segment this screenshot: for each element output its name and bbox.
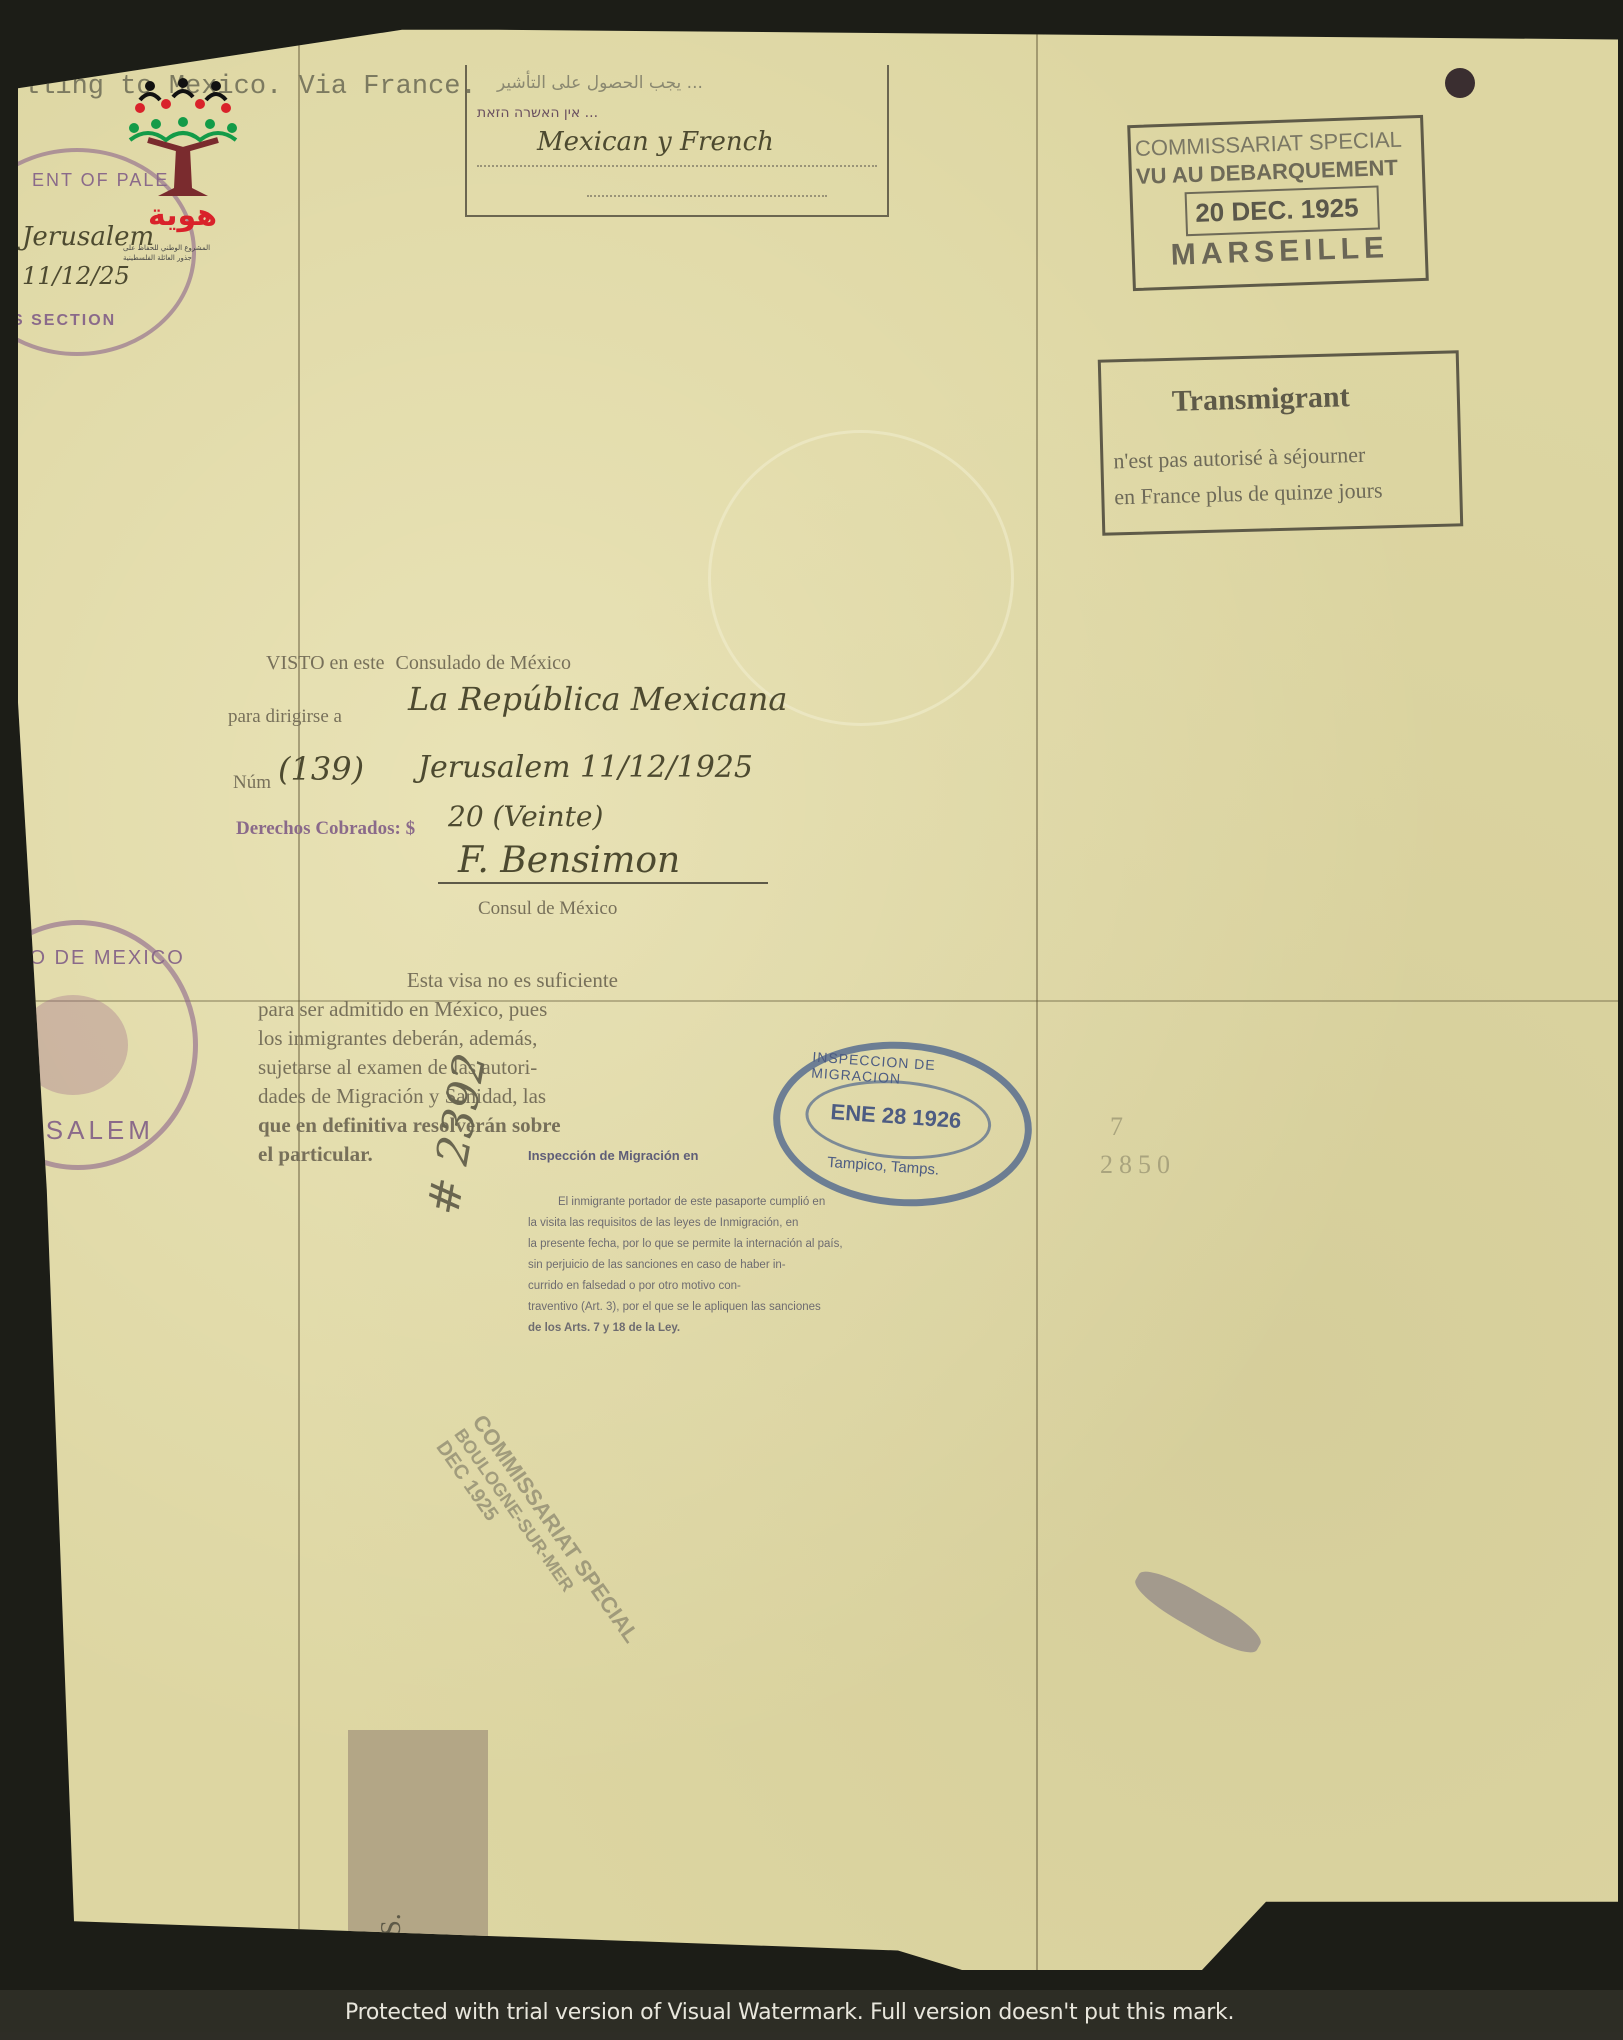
- ink-blot: [1445, 68, 1475, 98]
- visa-line1: VISTO en este Consulado de México: [266, 652, 571, 675]
- transmigrant-stamp: Transmigrant n'est pas autorisé à séjour…: [1098, 350, 1463, 535]
- pencil-number: 2850: [1100, 1150, 1176, 1180]
- inspection-body: El inmigrante portador de este pasaporte…: [528, 1192, 968, 1339]
- family-tree-icon: [128, 78, 238, 198]
- mexican-eagle-emblem: [18, 995, 128, 1095]
- migration-inspection-stamp: INSPECCION DE MIGRACION ENE 28 1926 Tamp…: [768, 1033, 1038, 1215]
- visa-fee: 20 (Veinte): [448, 800, 603, 833]
- ink-smudge: [1129, 1562, 1267, 1661]
- visa-destination: La República Mexicana: [408, 680, 787, 718]
- hawiya-logo: هوية المشروع الوطني للحفاظ على جذور العا…: [128, 78, 238, 278]
- inspection-heading: Inspección de Migración en: [528, 1148, 698, 1163]
- consulate-seal: DO DE MEXICO USALEM: [0, 920, 198, 1170]
- watermark-banner: Protected with trial version of Visual W…: [0, 1990, 1623, 2040]
- pencil-number: 7: [1110, 1112, 1123, 1142]
- faded-commissariat-stamp: COMMISSARIAT SPECIAL BOULOGNE-SUR-MER DE…: [431, 1410, 644, 1673]
- marseille-date: 20 DEC. 1925: [1195, 192, 1359, 229]
- consul-signature: F. Bensimon: [458, 840, 680, 881]
- document-page: lling to Mexico. Via France. ENT OF PALE…: [18, 20, 1618, 1970]
- typed-header: lling to Mexico. Via France.: [23, 72, 477, 102]
- marseille-entry-stamp: COMMISSARIAT SPECIAL VU AU DEBARQUEMENT …: [1127, 115, 1429, 291]
- language-requirement-box: يجب الحصول على التأشير ... אין האשרה הזא…: [465, 65, 889, 217]
- paper-label-strip: TES. ros. ado No. 17: [348, 1730, 488, 1990]
- visa-number: (139): [278, 750, 364, 788]
- migration-date: ENE 28 1926: [830, 1099, 962, 1134]
- fold-line: [1036, 20, 1038, 1970]
- visa-place-date: Jerusalem 11/12/1925: [418, 750, 753, 785]
